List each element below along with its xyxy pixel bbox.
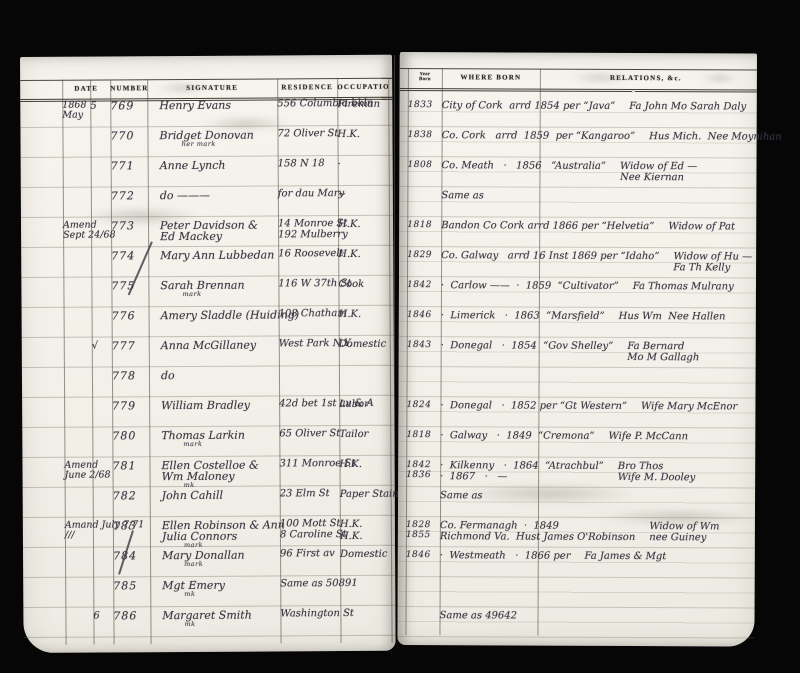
cell-year-born: 1829 bbox=[407, 250, 441, 260]
cell-date: 1868 May bbox=[62, 101, 90, 121]
dust-speck bbox=[632, 90, 635, 93]
ledger-row: 774 Mary Ann Lubbedan 16 Roosevelt H.K. bbox=[21, 246, 393, 278]
cell-year-born: 1843 bbox=[407, 340, 441, 350]
cell-occupation: H.K. bbox=[338, 249, 388, 261]
ledger-row: 770 Bridget Donovan her mark 72 Oliver S… bbox=[20, 126, 392, 158]
mark-note: mark bbox=[183, 440, 279, 447]
ledger-row: 1843 · Donegal · 1854 “Gov Shelley” Fa B… bbox=[399, 337, 756, 369]
cell-where-born: · Limerick · 1863 “Marsfield” bbox=[441, 310, 605, 322]
cell-occupation: H.K. bbox=[339, 309, 389, 321]
ledger-row bbox=[398, 367, 755, 399]
cell-occupation: Fireman bbox=[337, 99, 387, 111]
mark-note: mark bbox=[184, 560, 280, 567]
cell-relations: Widow of Pat bbox=[668, 221, 735, 232]
cell-signature: do ——— bbox=[148, 189, 278, 201]
ledger-row: 1818 Bandon Co Cork arrd 1866 per “Helve… bbox=[399, 217, 756, 249]
ledger-row: 785 Mgt Emery mk Same as 50891 bbox=[23, 576, 395, 608]
cell-occupation: Tailor bbox=[339, 429, 389, 441]
cell-occupation: Cook bbox=[338, 279, 388, 291]
cell-residence: 158 N 18 bbox=[278, 159, 338, 170]
cell-where-born: · Westmeath · 1866 per bbox=[440, 550, 571, 562]
ledger-row: Amend Sept 24/68 773 Peter Davidson & Ed… bbox=[21, 216, 393, 248]
cell-signature: Bridget Donovan her mark bbox=[147, 129, 277, 147]
ledger-row: 775 Sarah Brennan mark 116 W 37th St Coo… bbox=[21, 276, 393, 308]
cell-year-born: 1842 1836 bbox=[406, 460, 440, 480]
ledger-row: 771 Anne Lynch 158 N 18 · bbox=[21, 156, 393, 188]
ledger-row: 784 Mary Donallan mark 96 First av Domes… bbox=[23, 546, 395, 578]
cell-where-born: Same as bbox=[441, 190, 484, 201]
signature-text: Ellen Robinson & Ann Julia Connors bbox=[162, 519, 280, 542]
cell-residence: 556 Columbia bkln bbox=[277, 99, 337, 110]
signature-text: William Bradley bbox=[161, 399, 279, 411]
cell-relations: Bro Thos Wife M. Dooley bbox=[618, 461, 696, 483]
cell-occupation: · bbox=[338, 159, 388, 171]
cell-residence: 116 W 37th St bbox=[278, 279, 338, 290]
cell-signature: Amery Sladdle (Huiding) bbox=[149, 309, 279, 321]
cell-relations: Wife P. McCann bbox=[609, 431, 689, 442]
ledger-row: 776 Amery Sladdle (Huiding) 108 Chatham … bbox=[22, 306, 394, 338]
cell-signature: William Bradley bbox=[149, 399, 279, 411]
cell-occupation: ~ bbox=[338, 189, 388, 201]
cell-signature: Mary Donallan mark bbox=[150, 549, 280, 567]
cell-residence: 72 Oliver St bbox=[277, 129, 337, 140]
signature-text: John Cahill bbox=[162, 489, 280, 501]
ledger-row: 772 do ——— for dau Mary ~ bbox=[21, 186, 393, 218]
ledger-row: Same as bbox=[399, 187, 756, 219]
cell-where-born: Co. Meath · 1856 “Australia” bbox=[441, 160, 606, 172]
cell-day: 6 bbox=[93, 610, 113, 622]
ink-smudge bbox=[700, 72, 740, 84]
signature-text: Ellen Costelloe & Wm Maloney bbox=[161, 459, 279, 482]
cell-year-born: 1846 bbox=[406, 550, 440, 560]
cell-relations: Hus Wm Nee Hallen bbox=[619, 311, 726, 322]
cell-signature: John Cahill bbox=[150, 489, 280, 501]
cell-residence: 96 First av bbox=[280, 549, 340, 560]
cell-year-born: 1818 bbox=[407, 220, 441, 230]
signature-text: Mgt Emery bbox=[162, 579, 280, 591]
cell-signature: Mgt Emery mk bbox=[150, 579, 280, 597]
cell-occupation: Domestic bbox=[339, 339, 389, 351]
cell-signature: Anne Lynch bbox=[148, 159, 278, 171]
ledger-row: 1842 · Carlow —— · 1859 “Cultivator” Fa … bbox=[399, 277, 756, 309]
cell-where-born: Co. Cork arrd 1859 per “Kangaroo” bbox=[442, 130, 636, 142]
cell-date: Amend Sept 24/68 bbox=[63, 221, 91, 241]
cell-occupation: H.K. bbox=[338, 219, 388, 231]
cell-occupation: Labor bbox=[339, 399, 389, 411]
cell-where-born: · Donegal · 1854 “Gov Shelley” bbox=[441, 340, 614, 352]
scanned-register-spread: DATE NUMBER SIGNATURE RESIDENCE OCCUPATI… bbox=[0, 0, 800, 673]
cell-where-born: Co. Fermanagh · 1849 Richmond Va. Hust J… bbox=[440, 520, 636, 543]
ledger-row: 1846 · Westmeath · 1866 per Fa James & M… bbox=[398, 547, 755, 579]
ledger-row: 1808 Co. Meath · 1856 “Australia” Widow … bbox=[399, 157, 756, 189]
ledger-row bbox=[398, 577, 755, 609]
cell-residence: 100 Mott St 8 Caroline St bbox=[280, 519, 340, 540]
cell-year-born: 1828 1855 bbox=[406, 520, 440, 540]
column-header-date: DATE bbox=[62, 84, 110, 92]
cell-occupation: Domestic bbox=[340, 549, 390, 561]
ledger-row: 778 do bbox=[22, 366, 394, 398]
signature-text: Mary Ann Lubbedan bbox=[160, 249, 278, 261]
cell-where-born: Co. Galway arrd 16 Inst 1869 per “Idaho” bbox=[441, 250, 659, 262]
cell-account-number: 784 bbox=[113, 550, 150, 562]
cell-account-number: 771 bbox=[111, 160, 148, 172]
cell-year-born: 1808 bbox=[407, 160, 441, 170]
cell-account-number: 778 bbox=[112, 370, 149, 382]
signature-text: do ——— bbox=[160, 189, 278, 201]
column-header-where-born: WHERE BORN bbox=[442, 73, 540, 81]
cell-signature: Mary Ann Lubbedan bbox=[148, 249, 278, 261]
cell-account-number: 782 bbox=[113, 490, 150, 502]
ledger-row: 6 786 Margaret Smith mk Washington St bbox=[23, 606, 395, 638]
signature-text: do bbox=[161, 369, 279, 381]
cell-account-number: 786 bbox=[113, 610, 150, 622]
cell-residence: 16 Roosevelt bbox=[278, 249, 338, 260]
cell-year-born: 1838 bbox=[408, 130, 442, 140]
cell-residence: 65 Oliver St bbox=[279, 429, 339, 440]
right-column-headers: Year Born WHERE BORN RELATIONS, &c. bbox=[400, 68, 757, 93]
ledger-row: 1838 Co. Cork arrd 1859 per “Kangaroo” H… bbox=[400, 127, 757, 159]
signature-text: Henry Evans bbox=[159, 99, 277, 111]
cell-account-number: 779 bbox=[112, 400, 149, 412]
cell-signature: Thomas Larkin mark bbox=[149, 429, 279, 447]
cell-account-number: 776 bbox=[112, 310, 149, 322]
cell-day: √ bbox=[92, 340, 112, 352]
cell-residence: for dau Mary bbox=[278, 189, 338, 200]
signature-text: Sarah Brennan bbox=[160, 279, 278, 291]
column-header-year-born: Year Born bbox=[408, 72, 442, 82]
signature-text: Mary Donallan bbox=[162, 549, 280, 561]
ledger-row: 1818 · Galway · 1849 “Cremona” Wife P. M… bbox=[398, 427, 755, 459]
cell-year-born: 1824 bbox=[406, 400, 440, 410]
cell-relations: Hus Mich. Nee Moynihan bbox=[649, 131, 782, 143]
cell-occupation: H.K. H.K. bbox=[340, 519, 390, 543]
cell-relations: Widow of Hu — Fa Th Kelly bbox=[673, 251, 752, 273]
right-page-entries: 1833 City of Cork arrd 1854 per “Java” F… bbox=[397, 97, 756, 639]
signature-text: Amery Sladdle (Huiding) bbox=[161, 309, 279, 321]
cell-account-number: 772 bbox=[111, 190, 148, 202]
cell-relations: Fa Thomas Mulrany bbox=[633, 281, 734, 292]
cell-relations: Widow of Ed — Nee Kiernan bbox=[620, 161, 697, 183]
cell-where-born: Same as 49642 bbox=[440, 610, 518, 621]
ink-smudge bbox=[155, 82, 210, 94]
cell-date: Amend June 2/68 bbox=[64, 461, 92, 481]
cell-residence: 42d bet 1st av & A bbox=[279, 399, 339, 410]
mark-note: her mark bbox=[182, 140, 278, 147]
cell-relations: Fa James & Mgt bbox=[584, 551, 666, 562]
cell-residence: 311 Monroe St bbox=[279, 459, 339, 470]
cell-signature: Margaret Smith mk bbox=[150, 609, 280, 627]
mark-note: mk bbox=[184, 590, 280, 597]
cell-relations: Wife Mary McEnor bbox=[641, 401, 737, 412]
cell-where-born: · Donegal · 1852 per “Gt Western” bbox=[440, 400, 627, 412]
cell-where-born: Bandon Co Cork arrd 1866 per “Helvetia” bbox=[441, 220, 654, 232]
ledger-right-page: Year Born WHERE BORN RELATIONS, &c. 1833… bbox=[397, 52, 757, 647]
column-header-number: NUMBER bbox=[110, 84, 147, 92]
cell-account-number: 781 bbox=[112, 460, 149, 472]
cell-residence: 14 Monroe St 192 Mulberry bbox=[278, 219, 338, 240]
cell-date: Amand July 7/71 /// bbox=[65, 521, 93, 541]
cell-occupation: Paper Stainer bbox=[340, 489, 390, 501]
ledger-row: Same as 49642 bbox=[397, 607, 754, 639]
cell-residence: 108 Chatham bbox=[279, 309, 339, 320]
ledger-left-page: DATE NUMBER SIGNATURE RESIDENCE OCCUPATI… bbox=[20, 55, 396, 653]
cell-where-born: · Kilkenny · 1864 “Atrachbul” · 1867 · — bbox=[440, 460, 604, 483]
ledger-row: 782 John Cahill 23 Elm St Paper Stainer bbox=[23, 486, 395, 518]
cell-residence: 23 Elm St bbox=[280, 489, 340, 500]
signature-text: Bridget Donovan bbox=[159, 129, 277, 141]
left-page-entries: 1868 May 5 769 Henry Evans 556 Columbia … bbox=[20, 96, 395, 638]
signature-text: Anna McGillaney bbox=[161, 339, 279, 351]
cell-relations: Fa John Mo Sarah Daly bbox=[629, 101, 746, 113]
cell-year-born: 1846 bbox=[407, 310, 441, 320]
cell-account-number: 780 bbox=[112, 430, 149, 442]
cell-account-number: 770 bbox=[110, 130, 147, 142]
cell-year-born: 1833 bbox=[408, 100, 442, 110]
cell-account-number: 769 bbox=[110, 100, 147, 112]
cell-signature: Ellen Costelloe & Wm Maloney mk bbox=[149, 459, 279, 488]
ledger-row: Amend June 2/68 781 Ellen Costelloe & Wm… bbox=[22, 456, 394, 488]
signature-text: Thomas Larkin bbox=[161, 429, 279, 441]
ledger-row: 780 Thomas Larkin mark 65 Oliver St Tail… bbox=[22, 426, 394, 458]
mark-note: mk bbox=[184, 620, 280, 627]
cell-signature: Anna McGillaney bbox=[149, 339, 279, 351]
mark-note: mark bbox=[182, 290, 278, 297]
ledger-row: √ 777 Anna McGillaney West Park N.Y. Dom… bbox=[22, 336, 394, 368]
cell-where-born: City of Cork arrd 1854 per “Java” bbox=[442, 100, 616, 112]
cell-signature: Henry Evans bbox=[147, 99, 277, 111]
column-header-residence: RESIDENCE bbox=[277, 83, 337, 91]
cell-residence: Washington St bbox=[280, 609, 340, 620]
cell-relations: Fa Bernard Mo M Gallagh bbox=[627, 341, 699, 363]
ledger-row: 1833 City of Cork arrd 1854 per “Java” F… bbox=[400, 97, 757, 129]
cell-signature: Ellen Robinson & Ann Julia Connors mark bbox=[150, 519, 280, 548]
cell-where-born: · Carlow —— · 1859 “Cultivator” bbox=[441, 280, 619, 292]
ledger-row: 1824 · Donegal · 1852 per “Gt Western” W… bbox=[398, 397, 755, 429]
ink-smudge bbox=[570, 72, 630, 84]
cell-signature: do bbox=[149, 369, 279, 381]
cell-signature: Sarah Brennan mark bbox=[148, 279, 278, 297]
ledger-row: 779 William Bradley 42d bet 1st av & A L… bbox=[22, 396, 394, 428]
cell-year-born: 1818 bbox=[406, 430, 440, 440]
cell-account-number: 785 bbox=[113, 580, 150, 592]
ledger-row: Amand July 7/71 /// 783 Ellen Robinson &… bbox=[23, 516, 395, 548]
cell-year-born: 1842 bbox=[407, 280, 441, 290]
cell-day: 5 bbox=[90, 100, 110, 112]
cell-where-born: · Galway · 1849 “Cremona” bbox=[440, 430, 594, 442]
cell-residence: West Park N.Y. bbox=[279, 339, 339, 350]
cell-account-number: 777 bbox=[112, 340, 149, 352]
signature-text: Margaret Smith bbox=[162, 609, 280, 621]
cell-occupation: H.K. bbox=[337, 129, 387, 141]
cell-occupation: H.K. bbox=[339, 459, 389, 471]
book-spine-edges bbox=[6, 60, 21, 648]
signature-text: Anne Lynch bbox=[160, 159, 278, 171]
ledger-row: 1829 Co. Galway arrd 16 Inst 1869 per “I… bbox=[399, 247, 756, 279]
cell-residence: Same as 50891 bbox=[280, 579, 340, 590]
ledger-row: 1846 · Limerick · 1863 “Marsfield” Hus W… bbox=[399, 307, 756, 339]
column-header-occupation: OCCUPATION bbox=[337, 83, 388, 91]
